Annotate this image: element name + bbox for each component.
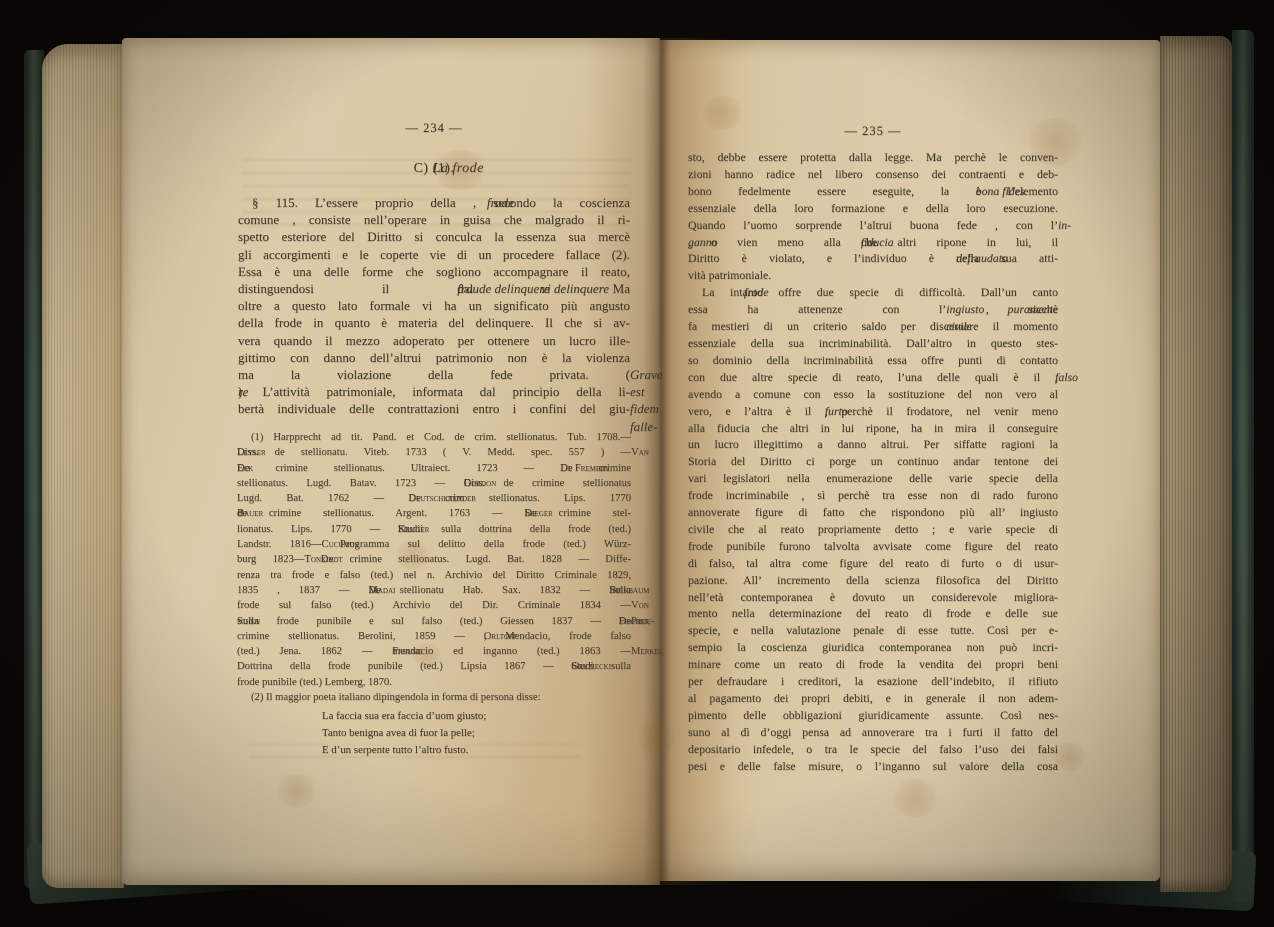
text-line: con due altre specie di reato, l’una del… [688, 369, 1058, 386]
text-line: § 115. L’essere proprio della frode, sec… [238, 194, 630, 211]
left-footnotes: (1) Harpprecht ad tit. Pand. et Cod. de … [237, 430, 631, 705]
right-body-text: sto, debbe essere protetta dalla legge. … [688, 149, 1058, 775]
text-line: (ted.) Jena. 1862 — Freund mendacio ed i… [237, 644, 631, 659]
text-line: vità patrimoniale. [688, 267, 1058, 284]
right-cover-edge [1232, 30, 1254, 902]
text-line: alla fiducia che altri in lui ripone, ha… [688, 420, 1058, 437]
text-line: La frode intanto offre due specie di dif… [688, 284, 1058, 301]
text-line: renza tra frode e falso (ted.) nel n. Ar… [237, 568, 631, 583]
text-line: pesi e delle false misure, o l’inganno s… [688, 758, 1058, 775]
text-line: Dottrina della frode punibile (ted.) Lip… [237, 659, 631, 674]
left-cover-edge [24, 50, 44, 888]
text-line: per defraudare i creditori, la esazione … [688, 673, 1058, 690]
text-line: Tanto benigna avea di fuor la pelle; [322, 725, 562, 742]
text-line: zioni hanno radice nel libero consenso d… [688, 166, 1058, 183]
footnote-verse: La faccia sua era faccia d’uom giusto;Ta… [322, 708, 562, 758]
text-line: gittimo con danno dell’altrui patrimonio… [238, 349, 630, 366]
text-line: Leyser Diss. de stellionatu. Viteb. 1733… [237, 445, 631, 460]
text-line: frode punibile (ted.) Lemberg, 1870. [237, 675, 631, 690]
left-page-number: — 234 — [238, 121, 630, 136]
text-line: essenziale della sua incriminabilità. Da… [688, 335, 1058, 352]
text-line: E d’un serpente tutto l’altro fusto. [322, 742, 562, 759]
text-line: un lucro illegittimo a danno altrui. Per… [688, 436, 1058, 453]
text-line: depositario infedele, o tra le specie de… [688, 741, 1058, 758]
text-line: minare come un reato di frode la vendita… [688, 656, 1058, 673]
text-line: Quando l’uomo sorprende l’altrui buona f… [688, 217, 1058, 234]
text-line: bertà individuale delle contrattazioni e… [238, 400, 630, 417]
text-line: civile che al reato propriamente detto ;… [688, 521, 1058, 538]
text-line: essa ha attenenze con l’ingiusto puramen… [688, 301, 1058, 318]
text-line: 1835 , 1837 — Madai De stellionatu Hab. … [237, 583, 631, 598]
text-line: vero, e l’altra è il furto, perchè il fr… [688, 403, 1058, 420]
text-line: annoverate figure di fatto che rispondon… [688, 504, 1058, 521]
text-line: nell’età contemporanea è dovuto un consi… [688, 589, 1058, 606]
text-line: frode sul falso (ted.) Archivio del Dir.… [237, 598, 631, 613]
right-page-fore-edge [1160, 36, 1232, 892]
text-line: frode incriminabile , sì perchè tra esse… [688, 487, 1058, 504]
text-line: di falso, tal altra come figure del reat… [688, 555, 1058, 572]
text-line: distinguendosi il fraude delinquere dal … [238, 280, 630, 297]
text-line: gli accorgimenti e le coperte vie di un … [238, 246, 630, 263]
text-line: suno al dì d’oggi pensa ad annoverare tr… [688, 724, 1058, 741]
text-line: lionatus. Lips. 1770 — Kruger Studii sul… [237, 522, 631, 537]
text-line: avendo a comune con esso la sostituzione… [688, 386, 1058, 403]
text-line: vera quando il mezzo adoperato per otten… [238, 332, 630, 349]
left-body-text: § 115. L’essere proprio della frode, sec… [238, 194, 630, 418]
text-line: pimento delle obbligazioni giuridicament… [688, 707, 1058, 724]
text-line: Landstr. 1816—Cucumus Programma sul deli… [237, 537, 631, 552]
text-line: stellionatus. Lugd. Batav. 1723 — Gordon… [237, 476, 631, 491]
text-line: Diritto è violato, e l’individuo è defra… [688, 250, 1058, 267]
text-line: al pagamento dei propri debiti, e in gen… [688, 690, 1058, 707]
text-line: comune , consiste nell’operare in guisa … [238, 211, 630, 228]
text-line: della frode in quanto è materia del deli… [238, 314, 630, 331]
text-line: re). L’attività patrimoniale, informata … [238, 383, 630, 400]
text-line: frode punibile furono talvolta avvisate … [688, 538, 1058, 555]
text-line: essenziale della loro formazione e della… [688, 200, 1058, 217]
text-line: (2) Il maggior poeta italiano dipingendo… [237, 690, 631, 705]
text-line: mento nella determinazione del reato di … [688, 605, 1058, 622]
text-line: sempio la coscienza giuridica contempora… [688, 639, 1058, 656]
left-page-fore-edge [42, 44, 124, 888]
text-line: crimine stellionatus. Berolini, 1859 — O… [237, 629, 631, 644]
text-line: Storia del Diritto ci porge un continuo … [688, 453, 1058, 470]
text-line: schen Sulla frode punibile e sul falso (… [237, 614, 631, 629]
text-line: bono fedelmente essere eseguite, la bona… [688, 183, 1058, 200]
text-line: (1) Harpprecht ad tit. Pand. et Cod. de … [237, 430, 631, 445]
text-line: pazione. All’ incremento della scienza f… [688, 572, 1058, 589]
text-line: Bauer de crimine stellionatus. Argent. 1… [237, 506, 631, 521]
text-line: burg 1823—Tonkindt De crimine stellionat… [237, 552, 631, 567]
text-line: specie, e nella valutazione penale di es… [688, 622, 1058, 639]
book-photograph: — 234 — C) La frode (1). § 115. L’essere… [0, 0, 1274, 927]
text-line: spetto esteriore del Diritto si conculca… [238, 228, 630, 245]
text-line: ganno, o vien meno alla fiducia che altr… [688, 234, 1058, 251]
text-line: ma la violazione della fede privata. (Gr… [238, 366, 630, 383]
text-line: vari legislatori nella enumerazione dell… [688, 470, 1058, 487]
section-heading: C) La frode (1). [238, 161, 630, 177]
text-line: Eck De crimine stellionatus. Ultraiect. … [237, 461, 631, 476]
text-line: La faccia sua era faccia d’uom giusto; [322, 708, 562, 725]
right-page-number: — 235 — [688, 124, 1058, 139]
text-line: Essa è una delle forme che sogliono acco… [238, 263, 630, 280]
text-line: sto, debbe essere protetta dalla legge. … [688, 149, 1058, 166]
text-line: so dominio della incriminabilità essa of… [688, 352, 1058, 369]
text-line: oltre a questo lato formale vi ha un sig… [238, 297, 630, 314]
text-line: fa mestieri di un criterio saldo per dis… [688, 318, 1058, 335]
text-line: Lugd. Bat. 1762 — Deutschlaender De crim… [237, 491, 631, 506]
